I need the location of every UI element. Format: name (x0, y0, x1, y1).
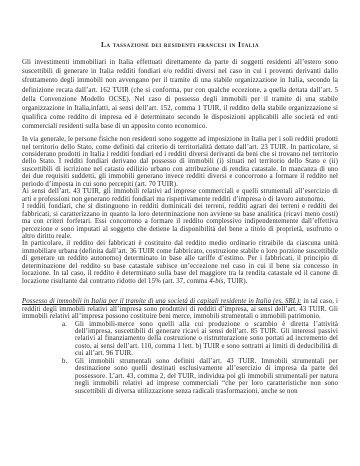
list-item-a-text: Gli immobili-merce sono quelli alla cui … (75, 321, 338, 358)
section-general-rules: In via generale, le persone fisiche non … (22, 136, 338, 285)
paragraph-redditi-fondiari: I redditi fondiari, che si distinguono i… (22, 203, 338, 240)
paragraph-territorialita: In via generale, le persone fisiche non … (22, 136, 338, 188)
srl-list: a.Gli immobili-merce sono quelli alla cu… (22, 321, 338, 396)
list-item: b.Gli immobili strumentali sono definiti… (22, 358, 338, 395)
paragraph-fabbricati: In particolare, il reddito dei fabbricat… (22, 240, 338, 285)
list-item-b-text: Gli immobili strumentali sono definiti d… (75, 358, 338, 395)
page-content: La tassazione dei residenti francesi in … (0, 0, 360, 395)
paragraph-srl-lead: Possesso di immobili in Italia per il tr… (22, 298, 338, 320)
paragraph-intro: Gli investimenti immobiliari in Italia e… (22, 58, 338, 132)
page-title: La tassazione dei residenti francesi in … (22, 40, 338, 49)
term-4bis: 4-bis (209, 278, 223, 285)
paragraph-fabbricati-text: In particolare, il reddito dei fabbricat… (22, 240, 338, 284)
list-item: a.Gli immobili-merce sono quelli alla cu… (22, 321, 338, 358)
paragraph-fabbricati-text-end: , TUIR). (224, 278, 248, 285)
section-srl: Possesso di immobili in Italia per il tr… (22, 298, 338, 395)
list-marker-b: b. (62, 358, 67, 365)
paragraph-art43: Ai sensi dell’art. 43 TUIR, gli immobili… (22, 188, 338, 203)
srl-heading: Possesso di immobili in Italia per il tr… (22, 298, 301, 305)
list-marker-a: a. (62, 321, 67, 328)
document-page: La tassazione dei residenti francesi in … (0, 0, 360, 466)
